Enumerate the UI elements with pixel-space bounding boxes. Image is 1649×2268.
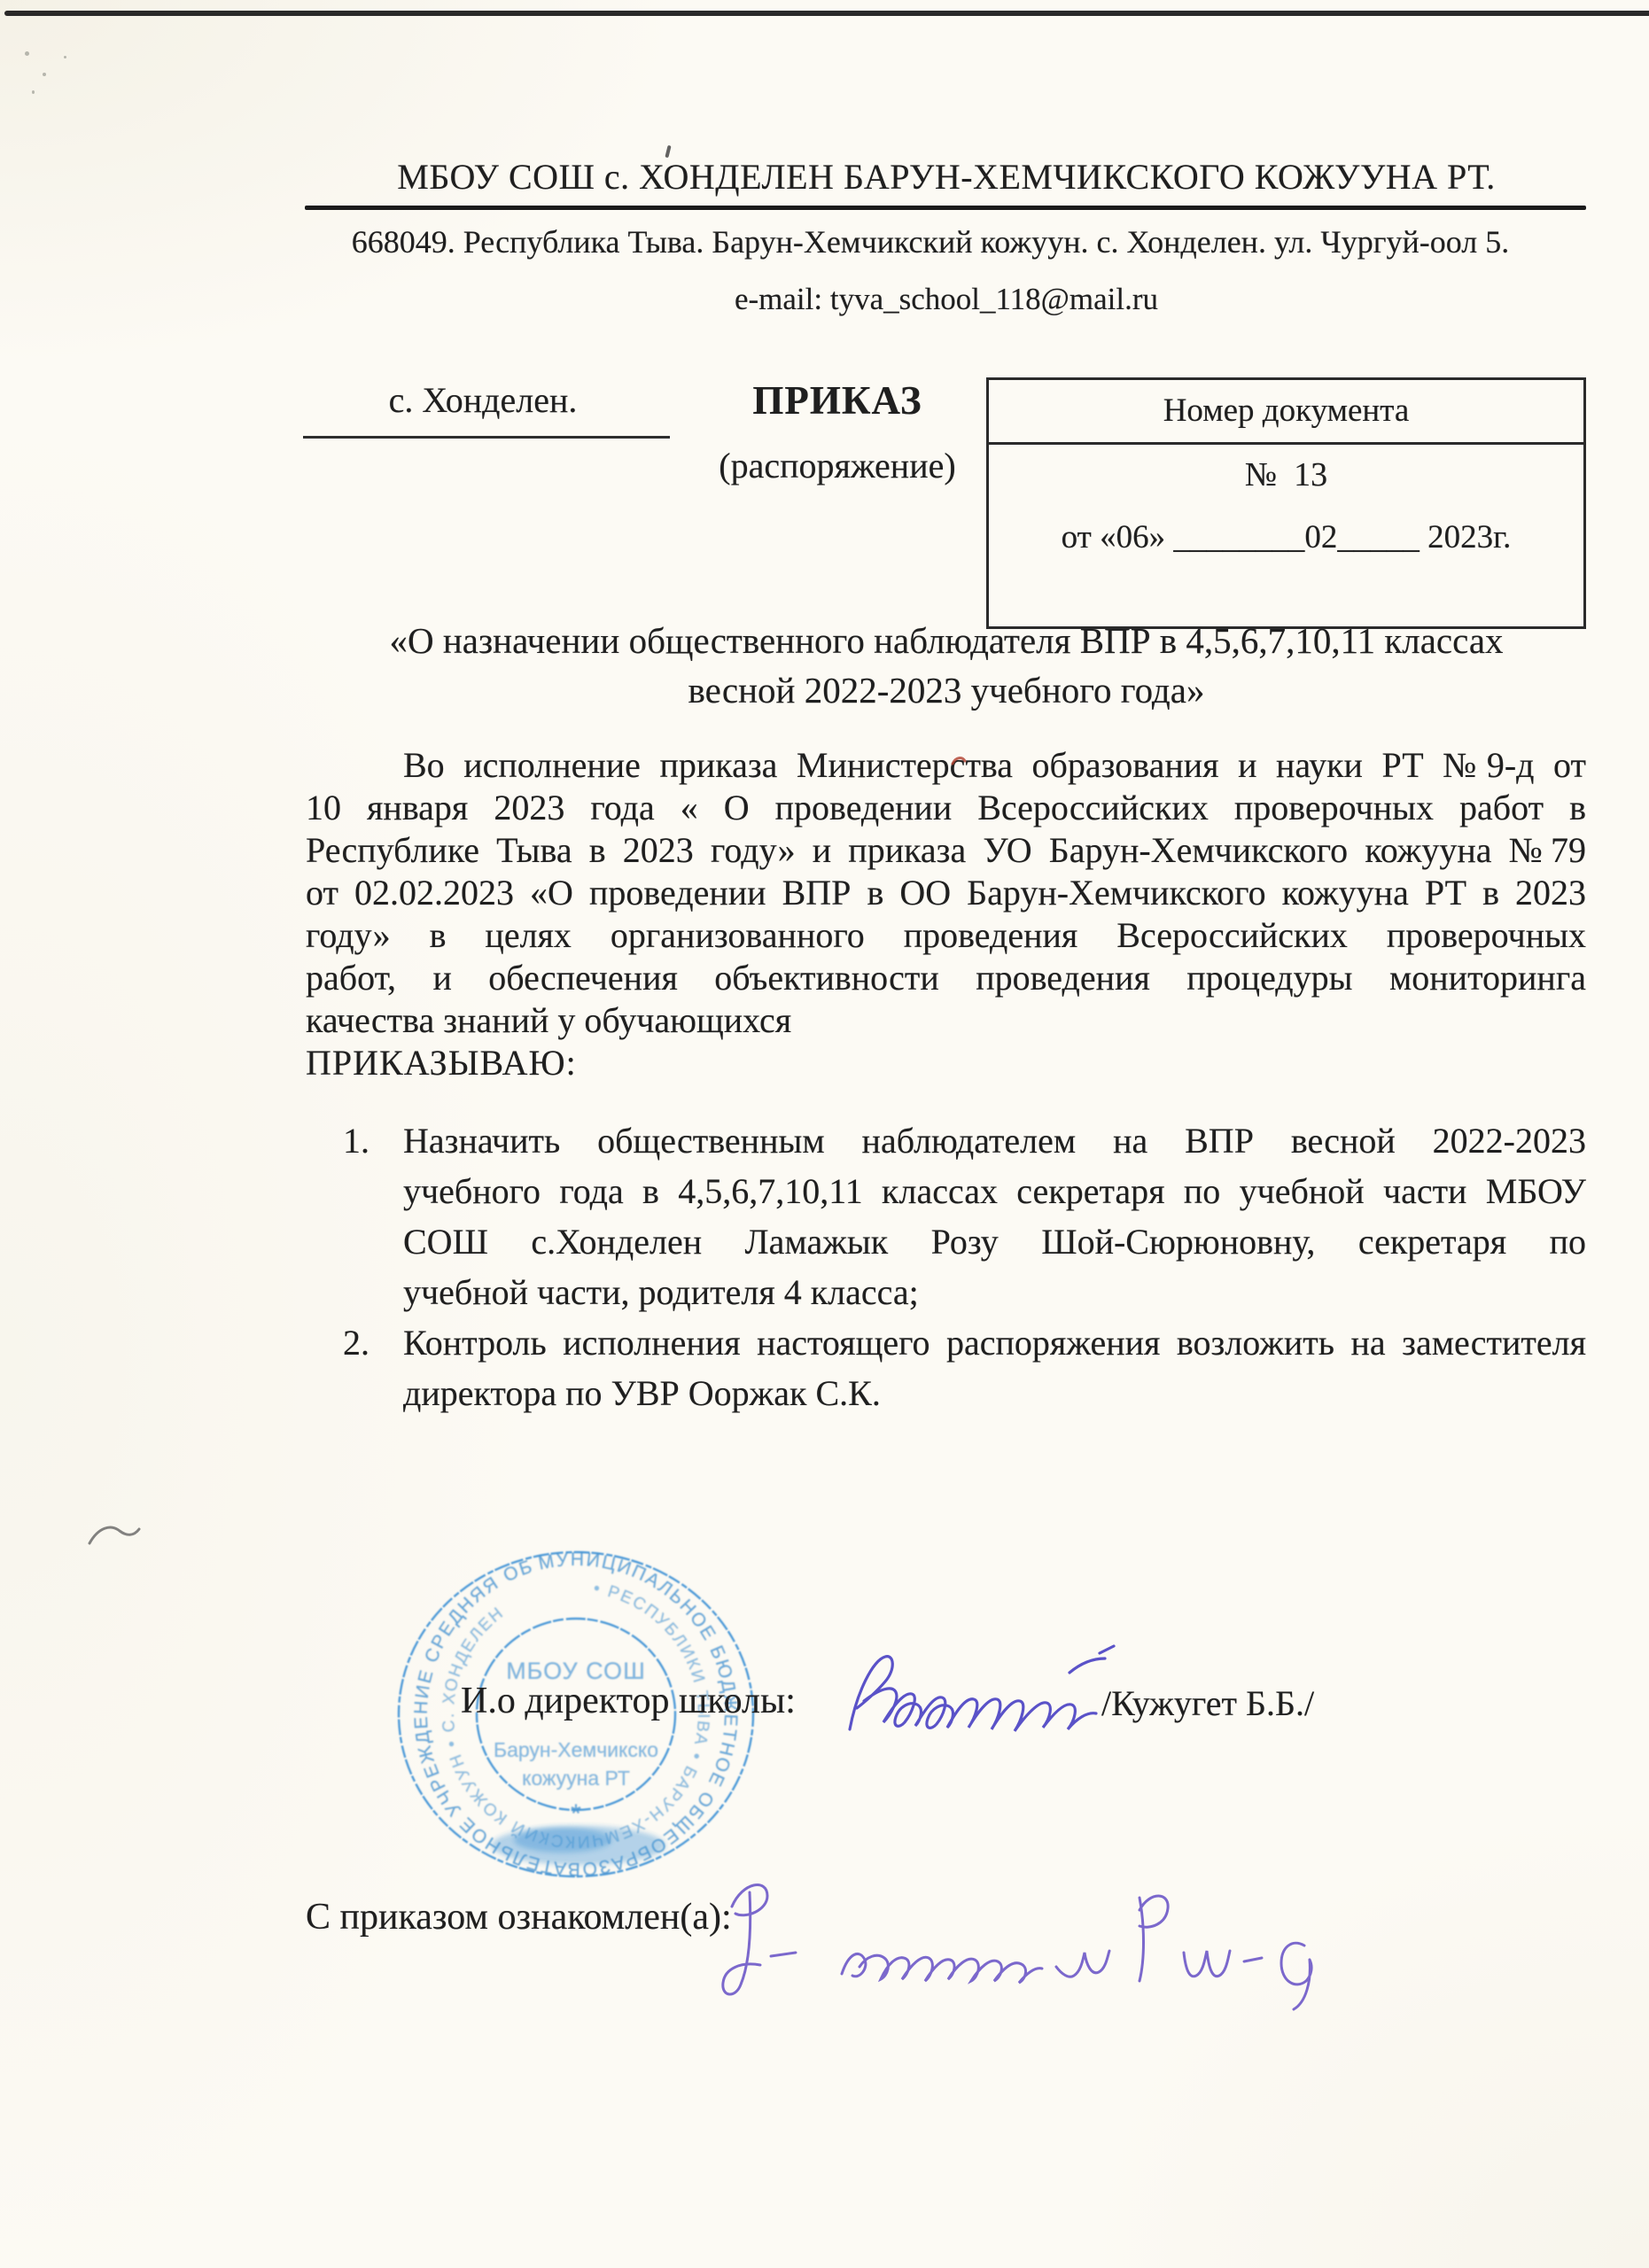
- scanned-order-page: МБОУ СОШ с. ХОНДЕЛЕН БАРУН-ХЕМЧИКСКОГО К…: [0, 0, 1649, 2268]
- list-item-line: Назначить общественным наблюдателем на В…: [403, 1115, 1586, 1166]
- director-handwritten-signature: [837, 1637, 1130, 1752]
- order-subject: «О назначении общественного наблюдателя …: [306, 616, 1587, 715]
- acknowledgment-handwritten-signature: [691, 1868, 1329, 2027]
- preamble-line: от 02.02.2023 «О проведении ВПР в ОО Бар…: [306, 872, 1586, 914]
- order-subheading: (распоряжение): [704, 445, 970, 486]
- scan-speck: [25, 51, 29, 56]
- document-number: № 13: [989, 459, 1583, 491]
- list-item-line: директора по УВР Ооржак С.К.: [403, 1368, 1586, 1418]
- preamble-line: работ, и обеспечения объективности прове…: [306, 957, 1586, 999]
- list-item-number: 1.: [343, 1115, 369, 1166]
- order-heading: ПРИКАЗ: [704, 377, 970, 423]
- preamble: Во исполнение приказа Министерства образ…: [306, 744, 1586, 1084]
- directives-list: 1. Назначить общественным наблюдателем н…: [306, 1115, 1586, 1418]
- preamble-line: 10 января 2023 года « О проведении Всеро…: [306, 787, 1586, 829]
- stamp-center-line2: Барун-Хемчикско: [494, 1738, 658, 1761]
- document-number-box: Номер документа № 13 от «06» ________02_…: [986, 377, 1586, 629]
- issue-place: с. Хонделен.: [310, 379, 656, 421]
- preamble-line: Республике Тыва в 2023 году» и приказа У…: [306, 829, 1586, 872]
- org-name: МБОУ СОШ с. ХОНДЕЛЕН БАРУН-ХЕМЧИКСКОГО К…: [306, 156, 1587, 198]
- scan-speck: [43, 73, 46, 76]
- list-item-line: учебной части, родителя 4 класса;: [403, 1267, 1586, 1317]
- org-email: e-mail: tyva_school_118@mail.ru: [306, 282, 1587, 317]
- list-item-line: СОШ с.Хонделен Ламажык Розу Шой-Сюрюновн…: [403, 1216, 1586, 1267]
- red-ink-speck: [950, 753, 968, 769]
- list-item: 1. Назначить общественным наблюдателем н…: [306, 1115, 1586, 1317]
- order-subject-line1: «О назначении общественного наблюдателя …: [306, 616, 1587, 665]
- pen-mark-artifact: [84, 1517, 146, 1557]
- preamble-line: Во исполнение приказа Министерства образ…: [306, 744, 1586, 787]
- list-item: 2. Контроль исполнения настоящего распор…: [306, 1317, 1586, 1418]
- scan-top-edge-artifact: [4, 11, 1649, 16]
- resolve-word: ПРИКАЗЫВАЮ:: [306, 1042, 1586, 1084]
- director-signature-label: И.о директор школы:: [461, 1680, 796, 1722]
- issue-place-underline: [303, 436, 670, 439]
- org-address: 668049. Республика Тыва. Барун-Хемчикски…: [261, 223, 1599, 260]
- document-number-box-header: Номер документа: [989, 380, 1583, 445]
- scan-speck: [32, 90, 35, 94]
- list-item-number: 2.: [343, 1317, 369, 1368]
- list-item-line: учебного года в 4,5,6,7,10,11 классах се…: [403, 1166, 1586, 1216]
- stamp-smudge: [514, 1828, 611, 1852]
- document-date: от «06» ________02_____ 2023г.: [989, 522, 1583, 554]
- stamp-star: *: [571, 1799, 581, 1829]
- letterhead-rule: [305, 206, 1586, 210]
- preamble-line: качества знаний у обучающихся: [306, 999, 1586, 1042]
- preamble-line: году» в целях организованного проведения…: [306, 914, 1586, 957]
- stamp-center-line3: кожууна РТ: [522, 1767, 630, 1790]
- acknowledgment-label: С приказом ознакомлен(а):: [306, 1896, 732, 1938]
- list-item-line: Контроль исполнения настоящего распоряже…: [403, 1317, 1586, 1368]
- scan-speck: [64, 56, 66, 58]
- director-name: /Кужугет Б.Б./: [1101, 1682, 1314, 1724]
- order-subject-line2: весной 2022-2023 учебного года»: [306, 665, 1587, 715]
